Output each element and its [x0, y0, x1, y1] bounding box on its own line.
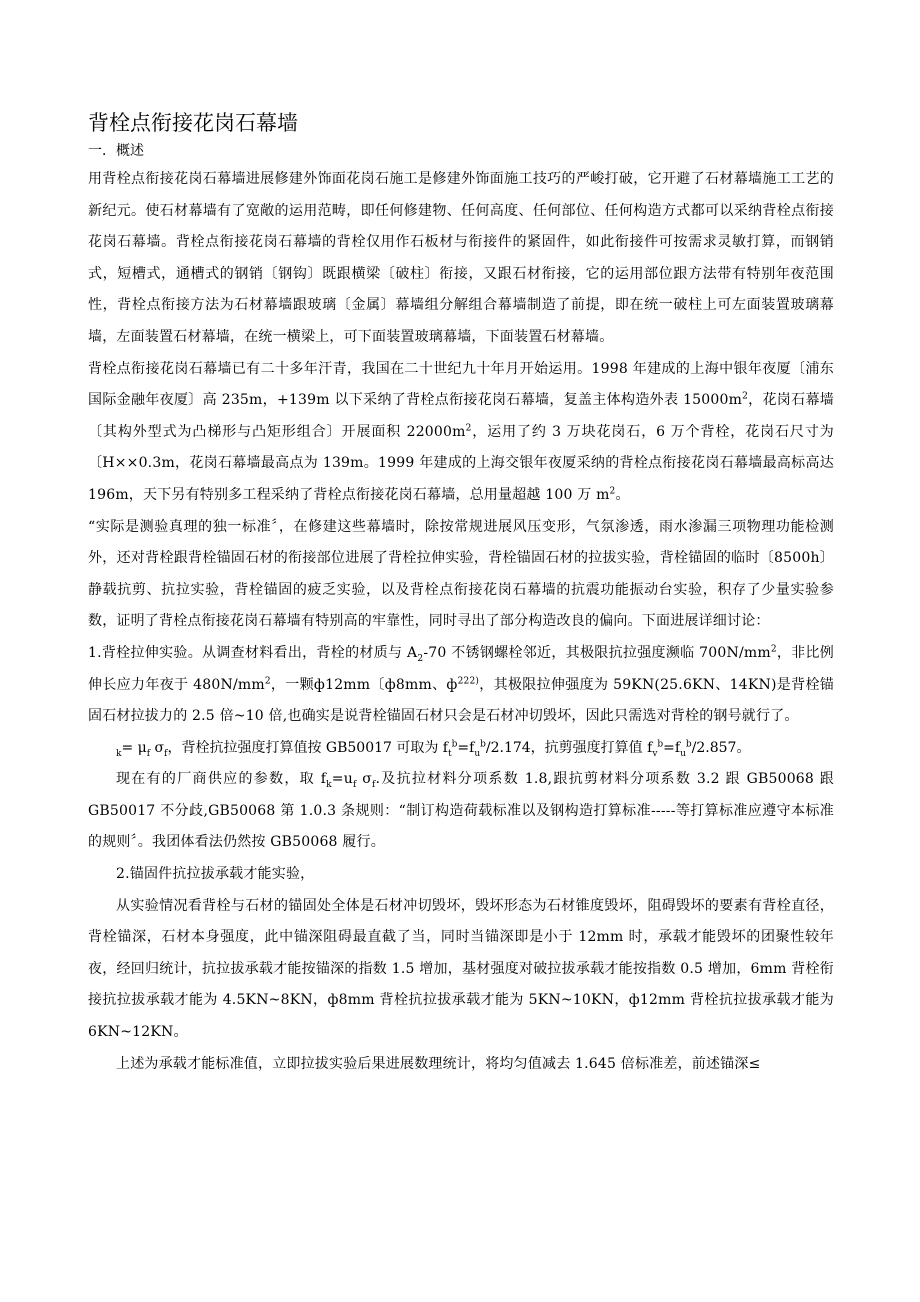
document-page: 背栓点衔接花岗石幕墙 一．概述 用背栓点衔接花岗石幕墙进展修建外饰面花岗石施工是…	[88, 108, 834, 1080]
paragraph-intro: 用背栓点衔接花岗石幕墙进展修建外饰面花岗石施工是修建外饰面施工技巧的严峻打破，它…	[88, 164, 834, 354]
section-heading-overview: 一．概述	[88, 138, 834, 164]
paragraph-pullout-heading: 2.锚固件抗拉拔承载才能实验，	[88, 859, 834, 891]
paragraph-statistics: 上述为承载才能标准值，立即拉拔实验后果进展数理统计，将均匀值减去 1.645 倍…	[88, 1049, 834, 1081]
paragraph-pullout-results: 从实验情况看背栓与石材的锚固处全体是石材冲切毁坏，毁坏形态为石材锥度毁坏，阻碍毁…	[88, 891, 834, 1049]
document-title: 背栓点衔接花岗石幕墙	[88, 108, 834, 138]
formula-line: k= μf σf，背栓抗拉强度打算值按 GB50017 可取为 ftb=fub/…	[88, 733, 834, 765]
paragraph-tensile-test: 1.背栓拉伸实验。从调查材料看出，背栓的材质与 A2-70 不锈钢螺栓邻近，其极…	[88, 638, 834, 733]
paragraph-history: 背栓点衔接花岗石幕墙已有二十多年汗青，我国在二十世纪九十年月开始运用。1998 …	[88, 354, 834, 512]
paragraph-testing: “实际是测验真理的独一标准〞，在修建这些幕墙时，除按常规进展风压变形，气氛渗透，…	[88, 512, 834, 638]
paragraph-manufacturer-params: 现在有的厂商供应的参数，取 fk=uf σf.及抗拉材料分项系数 1.8,跟抗剪…	[88, 764, 834, 859]
